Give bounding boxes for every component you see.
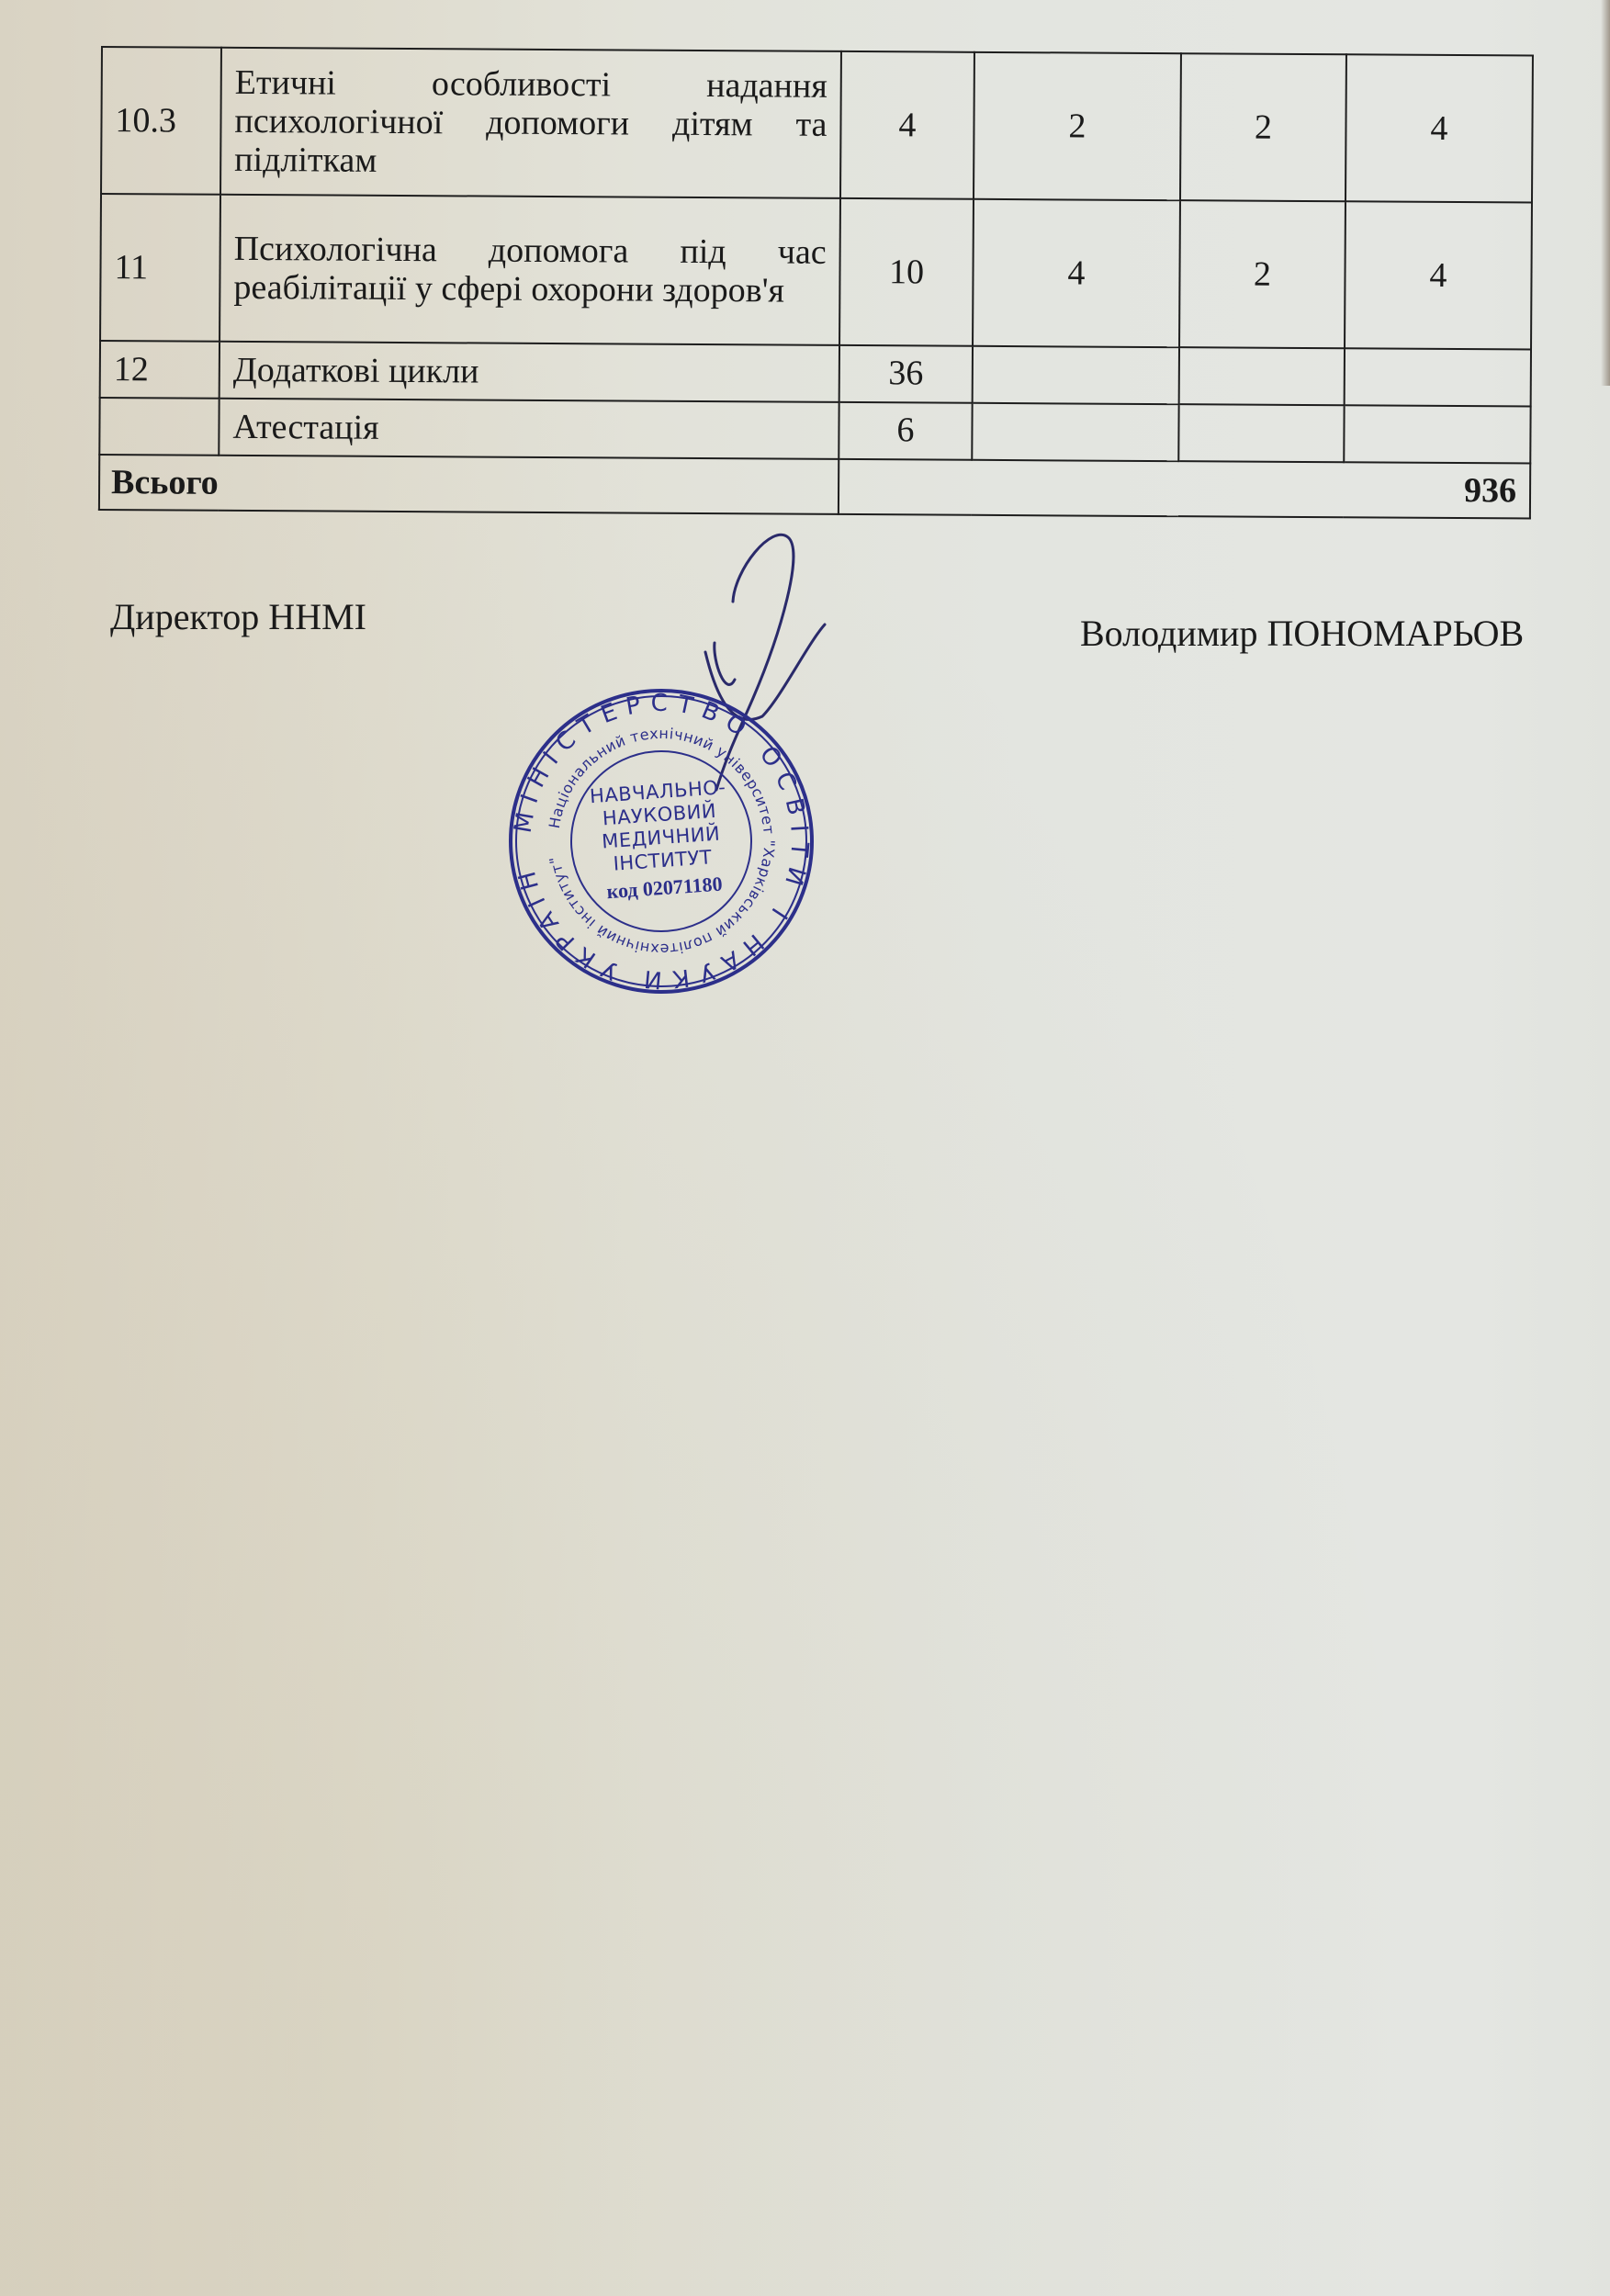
table-row: 11 Психологічна допомога під час реабілі…: [100, 194, 1532, 350]
hours-total: 6: [839, 402, 972, 460]
total-value: 936: [839, 459, 1530, 519]
row-title: Атестація: [219, 399, 839, 459]
hours-col-4: [1345, 348, 1531, 406]
hours-col-4: [1344, 405, 1530, 463]
row-number: 12: [100, 341, 220, 399]
official-stamp: МІНІСТЕРСТВО ОСВІТИ І НАУКИ УКРАЇНИ Наці…: [497, 677, 827, 1007]
hours-col-3: [1178, 404, 1344, 462]
hours-col-4: 4: [1345, 201, 1532, 349]
row-number: [99, 398, 219, 456]
row-title: Етичні особливості надання психологічної…: [220, 48, 841, 198]
stamp-center: НАВЧАЛЬНО- НАУКОВИЙ МЕДИЧНИЙ ІНСТИТУТ ко…: [497, 677, 827, 1007]
table-row: 12 Додаткові цикли 36: [100, 341, 1531, 407]
hours-col-3: [1179, 347, 1345, 405]
curriculum-table: 10.3 Етичні особливості надання психолог…: [98, 46, 1534, 520]
table-row: Атестація 6: [99, 398, 1530, 464]
row-title: Додаткові цикли: [220, 342, 839, 402]
row-number: 11: [100, 194, 220, 342]
hours-col-2: [972, 403, 1178, 461]
row-title: Психологічна допомога під час реабілітац…: [220, 195, 840, 345]
curriculum-table-wrapper: 10.3 Етичні особливості надання психолог…: [98, 46, 1532, 520]
hours-col-3: 2: [1180, 53, 1346, 201]
stamp-code: код 02071180: [606, 871, 724, 906]
row-number: 10.3: [101, 47, 221, 195]
signatory-position: Директор ННМІ: [110, 595, 366, 638]
hours-col-2: 4: [973, 199, 1180, 347]
hours-col-2: 2: [974, 52, 1181, 200]
signatory-name: Володимир ПОНОМАРЬОВ: [1080, 612, 1524, 655]
total-label: Всього: [99, 455, 839, 514]
hours-col-2: [973, 346, 1179, 404]
total-row: Всього 936: [99, 455, 1530, 519]
hours-col-3: 2: [1179, 200, 1345, 348]
hours-col-4: 4: [1345, 54, 1533, 202]
hours-total: 4: [840, 51, 974, 199]
hours-total: 36: [839, 345, 973, 403]
page-edge-shadow: [1601, 0, 1610, 386]
hours-total: 10: [839, 198, 974, 346]
table-row: 10.3 Етичні особливості надання психолог…: [101, 47, 1533, 203]
